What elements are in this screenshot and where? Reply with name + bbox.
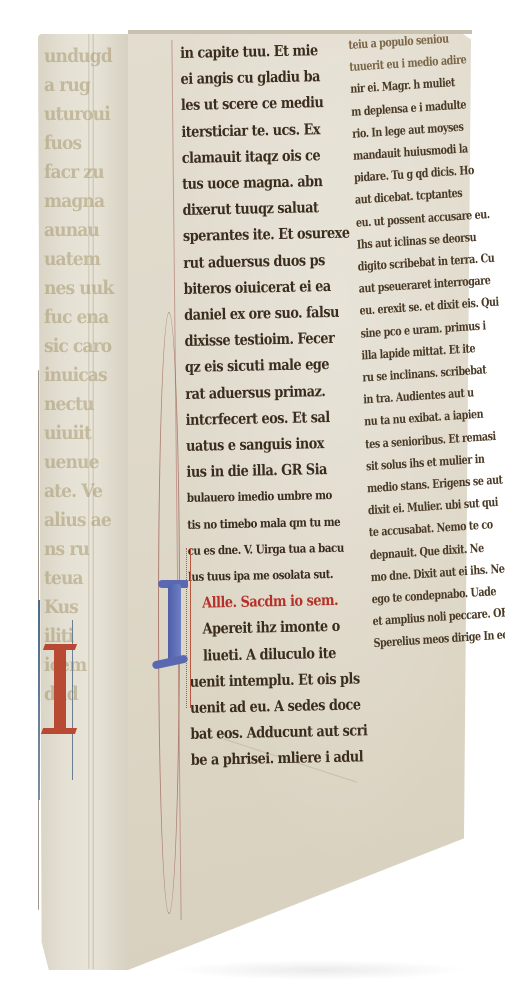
text-line: cu es dne. V. Uirga tua a bacu: [187, 534, 364, 564]
text-line: be a phrisei. mliere i adul: [191, 744, 368, 774]
spine-line: fuos: [44, 129, 116, 158]
spine-line: uatem: [44, 245, 116, 274]
text-line: rat aduersus primaz.: [185, 377, 362, 407]
text-line: lus tuus ipa me osolata sut.: [188, 560, 365, 590]
spine-line: inuicas: [44, 361, 116, 390]
spine-line: fuc ena: [44, 303, 116, 332]
spine-line: nes uuk: [44, 274, 116, 303]
text-line: biteros oiuicerat ei ea: [184, 272, 361, 302]
text-line: clamauit itaqz ois ce: [182, 141, 359, 171]
text-line-rubric: Allle. Sacdm io sem.: [188, 587, 365, 617]
text-line: intcrfecert eos. Et sal: [186, 403, 363, 433]
spine-line: ns ru: [44, 535, 116, 564]
spine-line: magna: [44, 187, 116, 216]
spine-text-block: undugd a rug uturoui fuos facr zu magna …: [44, 42, 116, 709]
text-line: liueti. A diluculo ite: [189, 639, 366, 669]
manuscript-right-column: teiu a populo seniou tuuerit eu i medio …: [348, 24, 505, 655]
spine-line: sic caro: [44, 332, 116, 361]
text-line: uenit intemplu. Et ois pls: [189, 665, 366, 695]
spine-line: uturoui: [44, 100, 116, 129]
book-shadow: [170, 960, 470, 980]
spine-line: alius ae: [44, 506, 116, 535]
text-line: les ut scere ce mediu: [181, 89, 358, 119]
text-line: dixerut tuuqz saluat: [182, 194, 359, 224]
text-line: daniel ex ore suo. falsu: [184, 298, 361, 328]
spine-line: teua: [44, 564, 116, 593]
text-line: dixisse testioim. Fecer: [184, 325, 361, 355]
text-line: Apereit ihz imonte o: [189, 613, 366, 643]
text-line: uenit ad eu. A sedes doce: [190, 691, 367, 721]
text-line: ei angis cu gladiu ba: [180, 63, 357, 93]
spine-line: undugd: [44, 42, 116, 71]
spine-line: Kus: [44, 593, 116, 622]
spine-red-initial-icon: [42, 640, 78, 740]
text-line: itersticiar te. ucs. Ex: [181, 115, 358, 145]
text-line: bulauero imedio umbre mo: [187, 482, 364, 512]
book-photo: undugd a rug uturoui fuos facr zu magna …: [0, 0, 505, 1000]
text-line: bat eos. Adducunt aut scri: [190, 718, 367, 748]
text-line: sperantes ite. Et osurexe: [183, 220, 360, 250]
spine-line: a rug: [44, 71, 116, 100]
spine-line: aunau: [44, 216, 116, 245]
text-line: uatus e sanguis inox: [186, 429, 363, 459]
manuscript-left-column: in capite tuu. Et mie ei angis cu gladiu…: [180, 36, 368, 773]
text-line: rut aduersus duos ps: [183, 246, 360, 276]
spine-line: uiuiit: [44, 419, 116, 448]
text-line: qz eis sicuti male ege: [185, 351, 362, 381]
spine-line: facr zu: [44, 158, 116, 187]
text-line: in capite tuu. Et mie: [180, 36, 357, 66]
spine-line: uenue: [44, 448, 116, 477]
text-line: tis no timebo mala qm tu me: [187, 508, 364, 538]
spine-line: ate. Ve: [44, 477, 116, 506]
text-line: ius in die illa. GR Sia: [186, 456, 363, 486]
blue-decorated-initial-icon: [150, 578, 198, 670]
text-line: tus uoce magna. abn: [182, 167, 359, 197]
spine-line: nectu: [44, 390, 116, 419]
